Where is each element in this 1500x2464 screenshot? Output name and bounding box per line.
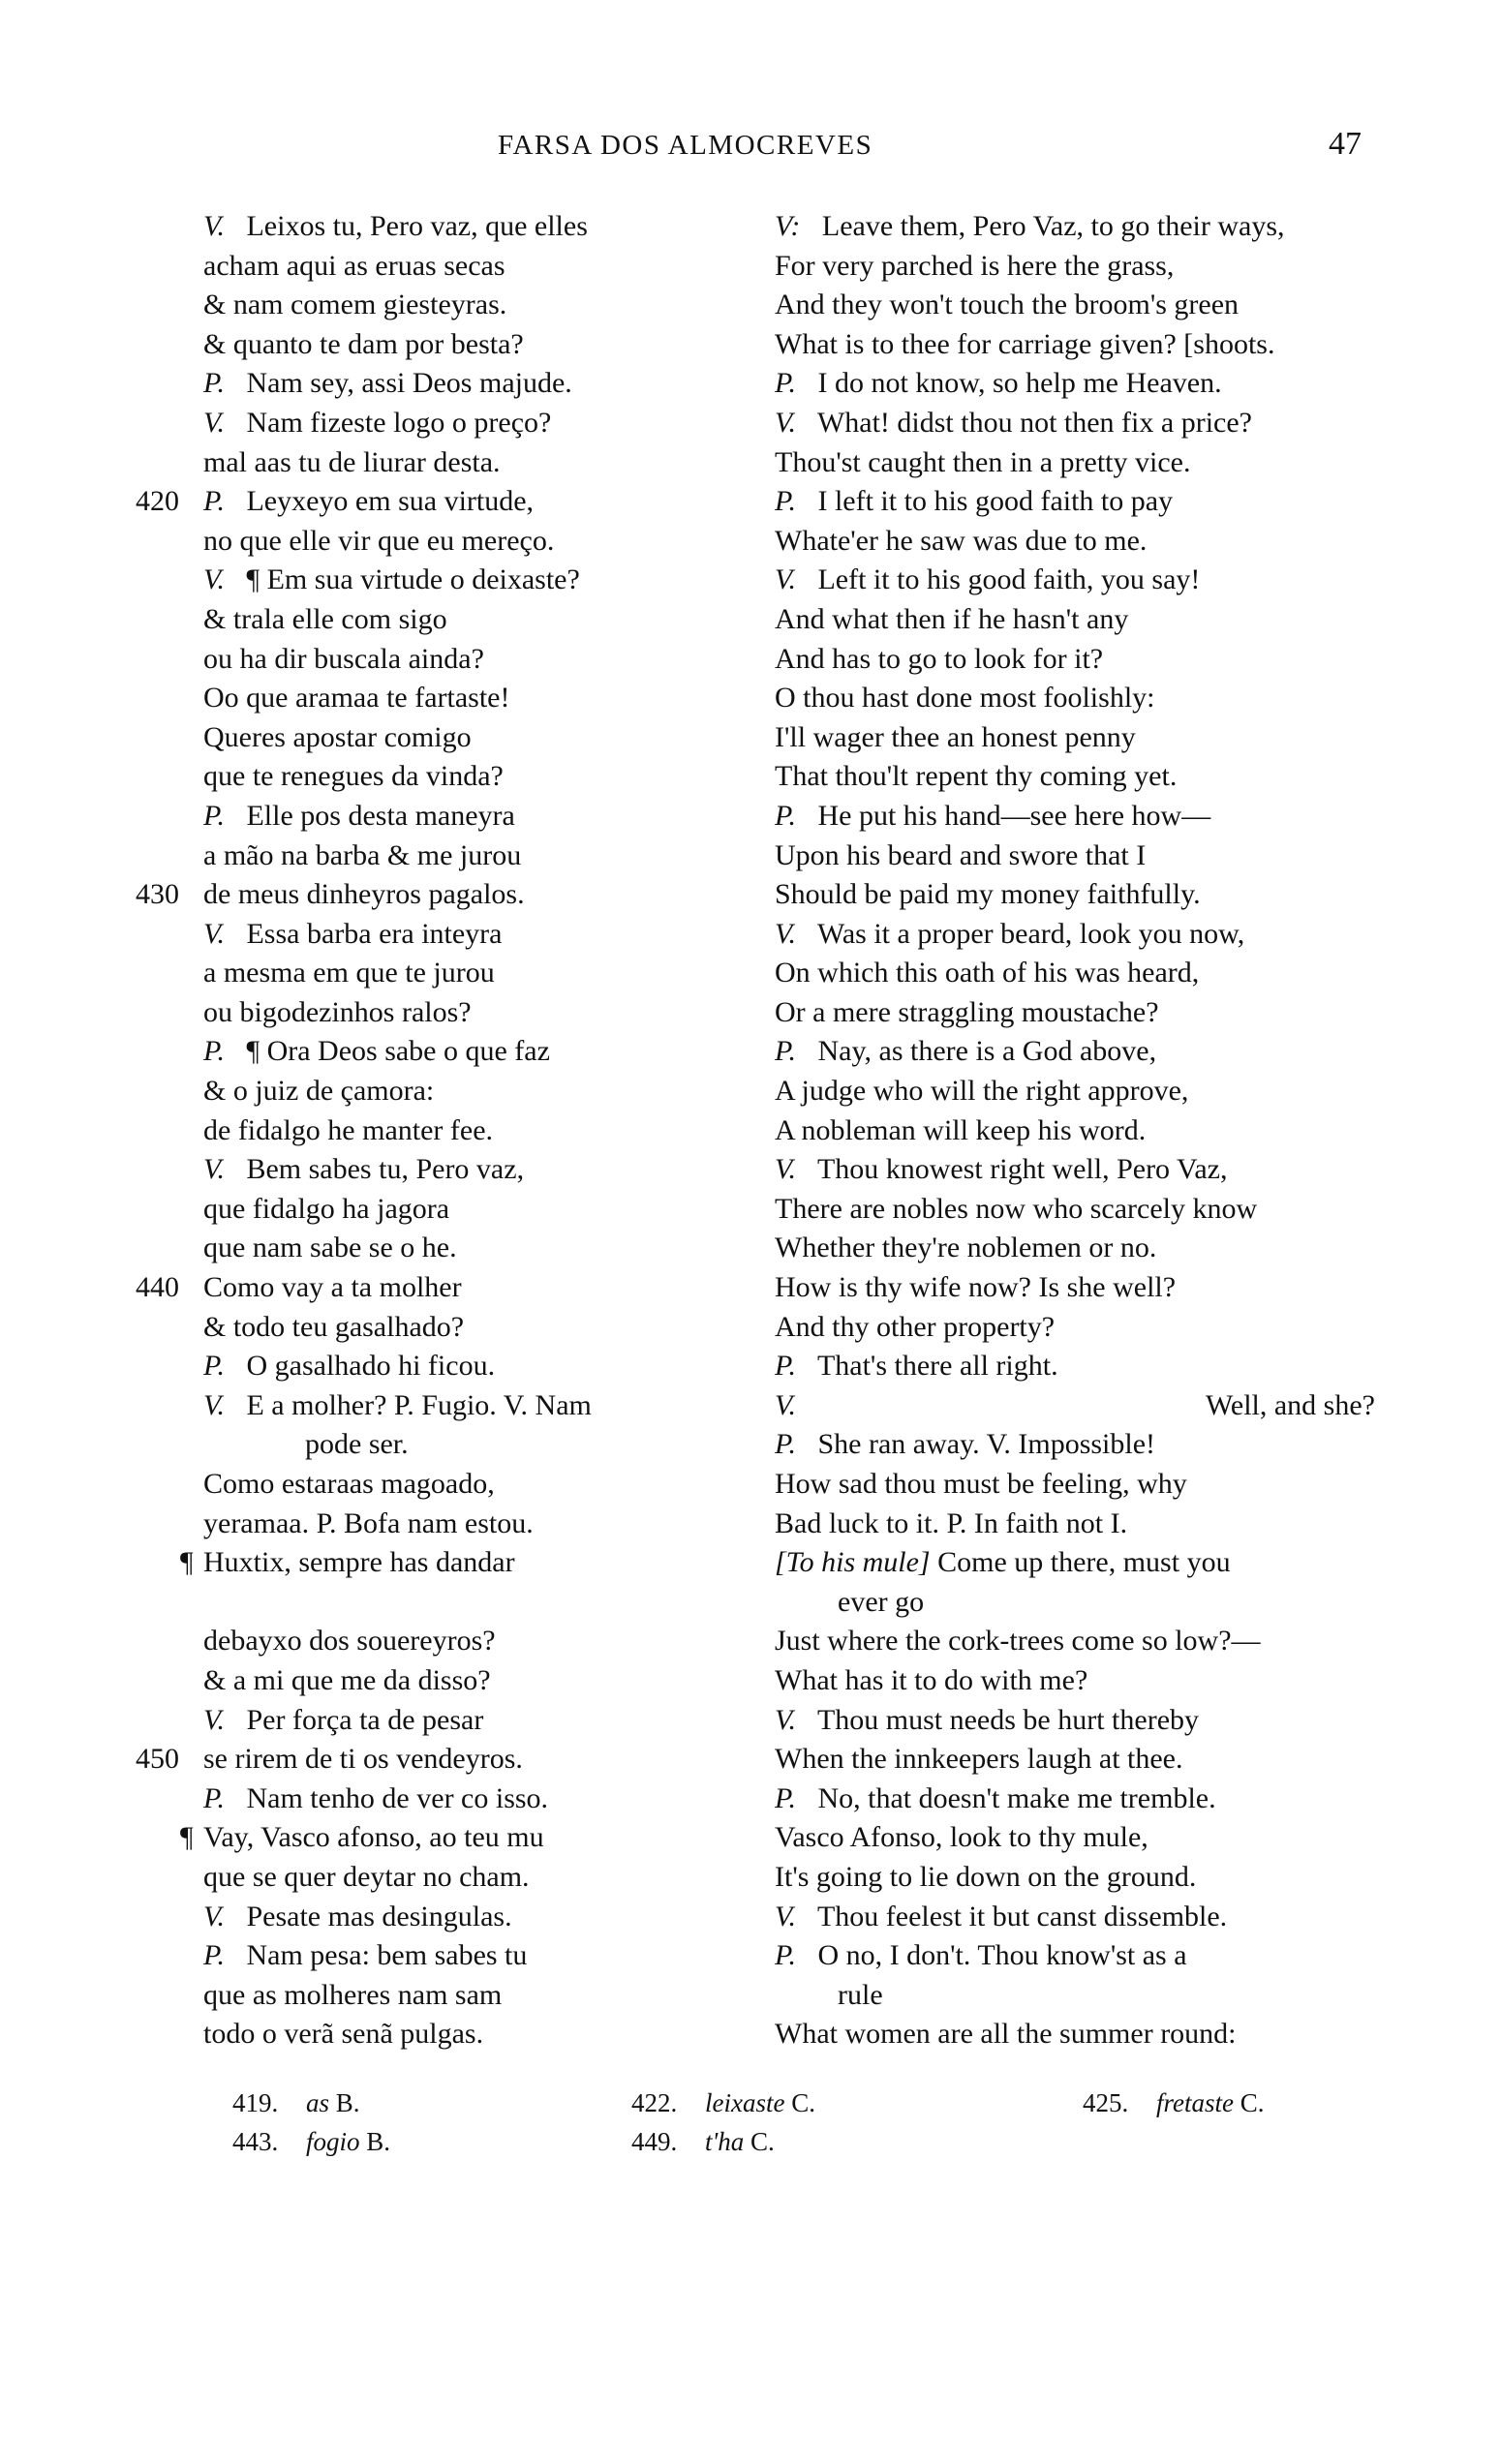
- verse-content: a mão na barba & me jurou: [203, 839, 521, 871]
- verse-line: 420P. Leyxeyo em sua virtude,: [136, 482, 755, 522]
- verse-line: P. O gasalhado hi ficou.: [136, 1347, 755, 1386]
- pilcrow-mark: ¶: [180, 1818, 194, 1858]
- verse-line: & a mi que me da disso?: [136, 1661, 755, 1701]
- verse-line: 450se rirem de ti os vendeyros.: [136, 1740, 755, 1780]
- verse-text: & a mi que me da disso?: [203, 1661, 491, 1701]
- translation-line: When the innkeepers laugh at thee.: [775, 1740, 1375, 1780]
- verse-text: Huxtix, sempre has dandar: [203, 1543, 515, 1583]
- verse-line: que te renegues da vinda?: [136, 757, 755, 797]
- speaker-label: V.: [203, 210, 225, 242]
- verse-line: P. Nam sey, assi Deos majude.: [136, 364, 755, 404]
- verse-content: acham aqui as eruas secas: [203, 250, 505, 282]
- verse-line: P. Elle pos desta maneyra: [136, 797, 755, 837]
- verse-line: a mão na barba & me jurou: [136, 837, 755, 876]
- verse-line: V. Leixos tu, Pero vaz, que elles: [136, 207, 755, 247]
- translation-text: V: Leave them, Pero Vaz, to go their way…: [775, 207, 1285, 247]
- translation-text: That thou'lt repent thy coming yet.: [775, 757, 1177, 797]
- verse-text: P. Leyxeyo em sua virtude,: [203, 482, 534, 522]
- translation-content: O thou hast done most foolishly:: [775, 682, 1155, 714]
- translation-content: A nobleman will keep his word.: [775, 1114, 1146, 1146]
- translation-content: What! didst thou not then fix a price?: [817, 407, 1252, 439]
- verse-text: & trala elle com sigo: [203, 600, 447, 640]
- translation-text: ever go: [838, 1583, 924, 1623]
- speaker-label: P.: [775, 1035, 796, 1067]
- translation-line: Upon his beard and swore that I: [775, 837, 1375, 876]
- verse-content: yeramaa. P. Bofa nam estou.: [203, 1507, 534, 1539]
- verse-content: pode ser.: [305, 1428, 409, 1460]
- verse-text: que fidalgo ha jagora: [203, 1190, 449, 1230]
- footnote-source: B.: [336, 2088, 360, 2117]
- speaker-label: V.: [775, 1704, 796, 1736]
- speaker-label: V.: [203, 563, 225, 595]
- verse-content: & trala elle com sigo: [203, 603, 447, 635]
- verse-line: Como estaraas magoado,: [136, 1465, 755, 1505]
- translation-content: Come up there, must you: [931, 1546, 1231, 1578]
- verse-content: Pesate mas desingulas.: [246, 1901, 511, 1932]
- verse-line: V. Per força ta de pesar: [136, 1701, 755, 1741]
- speaker-label: V.: [775, 1153, 796, 1185]
- footnote-row: 419.as B. 422.leixaste C. 425.fretaste C…: [232, 2084, 1394, 2122]
- translation-text: When the innkeepers laugh at thee.: [775, 1740, 1183, 1780]
- translation-text: A judge who will the right approve,: [775, 1072, 1188, 1111]
- speaker-label: P.: [203, 1782, 225, 1814]
- verse-text: de fidalgo he manter fee.: [203, 1111, 493, 1151]
- translation-content: When the innkeepers laugh at thee.: [775, 1743, 1183, 1775]
- verse-content: Oo que aramaa te fartaste!: [203, 682, 509, 714]
- footnote-source: C.: [791, 2088, 815, 2117]
- verse-line-number: 440: [136, 1268, 192, 1308]
- verse-content: que nam sabe se o he.: [203, 1232, 457, 1263]
- verse-text: Vay, Vasco afonso, ao teu mu: [203, 1818, 544, 1858]
- verse-line: debayxo dos souereyros?: [136, 1622, 755, 1661]
- translation-line: Just where the cork-trees come so low?—: [775, 1622, 1375, 1661]
- pilcrow-mark: ¶: [180, 1543, 194, 1583]
- verse-line: que nam sabe se o he.: [136, 1229, 755, 1268]
- translation-content: Thou'st caught then in a pretty vice.: [775, 446, 1190, 478]
- verse-text: P. Nam sey, assi Deos majude.: [203, 364, 572, 404]
- translation-line: What women are all the summer round:: [775, 2015, 1375, 2054]
- footnote-line-number: 422.: [631, 2084, 705, 2122]
- translation-line: P. I left it to his good faith to pay: [775, 482, 1375, 522]
- translation-text: V. Left it to his good faith, you say!: [775, 561, 1200, 600]
- translation-text: There are nobles now who scarcely know: [775, 1190, 1257, 1230]
- speaker-label: V.: [203, 1389, 225, 1421]
- verse-content: Essa barba era inteyra: [246, 918, 502, 950]
- translation-text: P. That's there all right.: [775, 1347, 1058, 1386]
- verse-line: acham aqui as eruas secas: [136, 247, 755, 287]
- verse-line: P. ¶ Ora Deos sabe o que faz: [136, 1032, 755, 1072]
- translation-content: That thou'lt repent thy coming yet.: [775, 760, 1177, 792]
- footnote-line-number: 419.: [232, 2084, 306, 2122]
- verse-content: & quanto te dam por besta?: [203, 328, 524, 360]
- verse-line: mal aas tu de liurar desta.: [136, 443, 755, 483]
- translation-content: He put his hand—see here how—: [817, 800, 1210, 832]
- verse-text: V. E a molher? P. Fugio. V. Nam: [203, 1386, 592, 1426]
- verse-line: que as molheres nam sam: [136, 1976, 755, 2016]
- translation-line: V. Was it a proper beard, look you now,: [775, 915, 1375, 955]
- verse-content: E a molher? P. Fugio. V. Nam: [246, 1389, 591, 1421]
- verse-text: todo o verã senã pulgas.: [203, 2015, 483, 2054]
- speaker-label: V.: [203, 1901, 225, 1932]
- translation-content: ever go: [838, 1586, 924, 1618]
- speaker-label: P.: [775, 800, 796, 832]
- verse-text: P. Nam tenho de ver co isso.: [203, 1780, 548, 1819]
- verse-line: de fidalgo he manter fee.: [136, 1111, 755, 1151]
- verse-text: que nam sabe se o he.: [203, 1229, 457, 1268]
- speaker-label: V.: [775, 1901, 796, 1932]
- footnote-variant: fogio: [306, 2127, 360, 2156]
- translation-line: Bad luck to it. P. In faith not I.: [775, 1505, 1375, 1544]
- speaker-label: V.: [203, 407, 225, 439]
- translation-content: I'll wager thee an honest penny: [775, 721, 1136, 753]
- translation-text: rule: [838, 1976, 883, 2016]
- speaker-label: V.: [775, 1389, 796, 1421]
- translation-content: On which this oath of his was heard,: [775, 957, 1199, 989]
- verse-text: de meus dinheyros pagalos.: [203, 875, 525, 915]
- translation-text: Upon his beard and swore that I: [775, 837, 1146, 876]
- footnote-variant: as: [306, 2088, 329, 2117]
- verse-text: Como estaraas magoado,: [203, 1465, 495, 1505]
- verse-line: P. Nam pesa: bem sabes tu: [136, 1936, 755, 1976]
- verse-line: V. Nam fizeste logo o preço?: [136, 404, 755, 443]
- footnote-line-number: 443.: [232, 2122, 306, 2161]
- speaker-label: P.: [203, 485, 225, 517]
- translation-content: rule: [838, 1979, 883, 2011]
- verse-text: V. Essa barba era inteyra: [203, 915, 503, 955]
- footnote: 443.fogio B.: [232, 2122, 390, 2161]
- verse-content: a mesma em que te jurou: [203, 957, 495, 989]
- speaker-label: P.: [203, 1035, 225, 1067]
- translation-text: How is thy wife now? Is she well?: [775, 1268, 1176, 1308]
- translation-content: Nay, as there is a God above,: [817, 1035, 1156, 1067]
- footnote-row: 443.fogio B. 449.t'ha C.: [232, 2122, 1394, 2161]
- footnote-variant: leixaste: [705, 2088, 784, 2117]
- verse-line: & quanto te dam por besta?: [136, 325, 755, 365]
- verse-text: V. ¶ Em sua virtude o deixaste?: [203, 561, 580, 600]
- verse-content: & todo teu gasalhado?: [203, 1311, 464, 1343]
- translation-text: What is to thee for carriage given? [sho…: [775, 325, 1274, 365]
- translation-line: That thou'lt repent thy coming yet.: [775, 757, 1375, 797]
- translation-content: I do not know, so help me Heaven.: [817, 367, 1221, 399]
- translation-text: Whether they're noblemen or no.: [775, 1229, 1156, 1268]
- translation-line: V. What! didst thou not then fix a price…: [775, 404, 1375, 443]
- verse-text: P. O gasalhado hi ficou.: [203, 1347, 495, 1386]
- translation-line: Thou'st caught then in a pretty vice.: [775, 443, 1375, 483]
- verse-text: a mão na barba & me jurou: [203, 837, 521, 876]
- translation-text: And they won't touch the broom's green: [775, 286, 1239, 325]
- verse-line: [136, 1583, 755, 1623]
- translation-line: How is thy wife now? Is she well?: [775, 1268, 1375, 1308]
- translation-line: P. She ran away. V. Impossible!: [775, 1425, 1375, 1465]
- verse-line: que fidalgo ha jagora: [136, 1190, 755, 1230]
- translation-text: How sad thou must be feeling, why: [775, 1465, 1187, 1505]
- translation-text: Bad luck to it. P. In faith not I.: [775, 1505, 1127, 1544]
- verse-content: & nam comem giesteyras.: [203, 289, 506, 320]
- translation-content: And thy other property?: [775, 1311, 1055, 1343]
- translation-line: V. Well, and she?: [775, 1386, 1375, 1426]
- verse-line: & o juiz de çamora:: [136, 1072, 755, 1111]
- verse-line: V. E a molher? P. Fugio. V. Nam: [136, 1386, 755, 1426]
- verse-line: 430de meus dinheyros pagalos.: [136, 875, 755, 915]
- verse-line: ¶Huxtix, sempre has dandar: [136, 1543, 755, 1583]
- verse-line: 440Como vay a ta molher: [136, 1268, 755, 1308]
- translation-line: How sad thou must be feeling, why: [775, 1465, 1375, 1505]
- translation-text: V. Was it a proper beard, look you now,: [775, 915, 1244, 955]
- translation-text: And what then if he hasn't any: [775, 600, 1128, 640]
- translation-content: Just where the cork-trees come so low?—: [775, 1625, 1261, 1657]
- translation-text: For very parched is here the grass,: [775, 247, 1174, 287]
- translation-content: Thou must needs be hurt thereby: [817, 1704, 1199, 1736]
- verse-content: & a mi que me da disso?: [203, 1664, 491, 1696]
- footnote: 419.as B.: [232, 2084, 360, 2122]
- translation-content: Thou feelest it but canst dissemble.: [817, 1901, 1227, 1932]
- translation-content: Or a mere straggling moustache?: [775, 996, 1159, 1028]
- verse-text: mal aas tu de liurar desta.: [203, 443, 501, 483]
- speaker-label: P.: [203, 800, 225, 832]
- translation-content: For very parched is here the grass,: [775, 250, 1174, 282]
- verse-line: P. Nam tenho de ver co isso.: [136, 1780, 755, 1819]
- verse-content: Nam tenho de ver co isso.: [246, 1782, 548, 1814]
- translation-content: What has it to do with me?: [775, 1664, 1087, 1696]
- translation-line: Whether they're noblemen or no.: [775, 1229, 1375, 1268]
- verse-content: que as molheres nam sam: [203, 1979, 502, 2011]
- verse-content: que fidalgo ha jagora: [203, 1193, 449, 1225]
- translation-text: V. What! didst thou not then fix a price…: [775, 404, 1252, 443]
- verse-line: todo o verã senã pulgas.: [136, 2015, 755, 2054]
- speaker-label: P.: [203, 1939, 225, 1971]
- footnote-line-number: 425.: [1083, 2084, 1156, 2122]
- translation-line: And thy other property?: [775, 1308, 1375, 1348]
- translation-line: And they won't touch the broom's green: [775, 286, 1375, 325]
- footnote-source: C.: [750, 2127, 775, 2156]
- translation-text: V. Thou must needs be hurt thereby: [775, 1701, 1199, 1741]
- speaker-label: V:: [775, 210, 800, 242]
- translation-text: P. Nay, as there is a God above,: [775, 1032, 1156, 1072]
- verse-text: yeramaa. P. Bofa nam estou.: [203, 1505, 534, 1544]
- verse-line: que se quer deytar no cham.: [136, 1858, 755, 1898]
- speaker-label: P.: [203, 1350, 225, 1382]
- translation-line: What is to thee for carriage given? [sho…: [775, 325, 1375, 365]
- translation-line: P. O no, I don't. Thou know'st as a: [775, 1936, 1375, 1976]
- translation-line: V. Thou must needs be hurt thereby: [775, 1701, 1375, 1741]
- translation-content: Was it a proper beard, look you now,: [817, 918, 1244, 950]
- translation-content: I left it to his good faith to pay: [817, 485, 1173, 517]
- translation-text: Just where the cork-trees come so low?—: [775, 1622, 1261, 1661]
- translation-text: Or a mere straggling moustache?: [775, 993, 1159, 1033]
- translation-text: Should be paid my money faithfully.: [775, 875, 1201, 915]
- verse-line: & trala elle com sigo: [136, 600, 755, 640]
- verse-text: que te renegues da vinda?: [203, 757, 504, 797]
- translation-content: Whether they're noblemen or no.: [775, 1232, 1156, 1263]
- verse-line: V. Pesate mas desingulas.: [136, 1898, 755, 1937]
- translation-content: How is thy wife now? Is she well?: [775, 1271, 1176, 1303]
- translation-content: That's there all right.: [817, 1350, 1058, 1382]
- footnote: 449.t'ha C.: [631, 2122, 775, 2161]
- translation-content: It's going to lie down on the ground.: [775, 1861, 1196, 1893]
- verse-content: Leyxeyo em sua virtude,: [246, 485, 534, 517]
- speaker-label: P.: [775, 367, 796, 399]
- translation-text: V. Thou feelest it but canst dissemble.: [775, 1898, 1227, 1937]
- translation-content: A judge who will the right approve,: [775, 1075, 1188, 1107]
- translation-content: Whate'er he saw was due to me.: [775, 525, 1147, 557]
- verse-text: Como vay a ta molher: [203, 1268, 462, 1308]
- translation-text: P. I do not know, so help me Heaven.: [775, 364, 1222, 404]
- verse-content: Nam fizeste logo o preço?: [246, 407, 551, 439]
- verse-content: mal aas tu de liurar desta.: [203, 446, 501, 478]
- translation-text: P. No, that doesn't make me tremble.: [775, 1780, 1216, 1819]
- verse-content: ou ha dir buscala ainda?: [203, 643, 484, 675]
- translation-line: P. No, that doesn't make me tremble.: [775, 1780, 1375, 1819]
- verse-line-number: 450: [136, 1740, 192, 1780]
- verse-text: pode ser.: [305, 1425, 409, 1465]
- speaker-label: P.: [775, 1782, 796, 1814]
- verse-text: se rirem de ti os vendeyros.: [203, 1740, 523, 1780]
- translation-text: I'll wager thee an honest penny: [775, 718, 1136, 758]
- book-page: FARSA DOS ALMOCREVES 47 V. Leixos tu, Pe…: [0, 0, 1500, 2464]
- verse-text: acham aqui as eruas secas: [203, 247, 505, 287]
- verse-line: V. Bem sabes tu, Pero vaz,: [136, 1150, 755, 1190]
- verse-content: ou bigodezinhos ralos?: [203, 996, 472, 1028]
- verse-content: que te renegues da vinda?: [203, 760, 504, 792]
- translation-content: No, that doesn't make me tremble.: [817, 1782, 1215, 1814]
- translation-line: A nobleman will keep his word.: [775, 1111, 1375, 1151]
- speaker-label: P.: [775, 1939, 796, 1971]
- verse-content: O gasalhado hi ficou.: [246, 1350, 495, 1382]
- translation-line: And what then if he hasn't any: [775, 600, 1375, 640]
- translation-content: There are nobles now who scarcely know: [775, 1193, 1257, 1225]
- translation-line: V: Leave them, Pero Vaz, to go their way…: [775, 207, 1375, 247]
- verse-text: V. Per força ta de pesar: [203, 1701, 483, 1741]
- verse-content: de fidalgo he manter fee.: [203, 1114, 493, 1146]
- translation-content: What women are all the summer round:: [775, 2018, 1237, 2050]
- verse-text: V. Leixos tu, Pero vaz, que elles: [203, 207, 588, 247]
- verse-text: V. Nam fizeste logo o preço?: [203, 404, 551, 443]
- translation-content: O no, I don't. Thou know'st as a: [817, 1939, 1186, 1971]
- translation-text: And has to go to look for it?: [775, 640, 1103, 680]
- verse-content: Elle pos desta maneyra: [246, 800, 514, 832]
- translation-line: What has it to do with me?: [775, 1661, 1375, 1701]
- verse-line: ¶Vay, Vasco afonso, ao teu mu: [136, 1818, 755, 1858]
- verse-text: P. ¶ Ora Deos sabe o que faz: [203, 1032, 550, 1072]
- verse-line: & todo teu gasalhado?: [136, 1308, 755, 1348]
- verse-text: Oo que aramaa te fartaste!: [203, 679, 509, 718]
- verse-line: no que elle vir que eu mereço.: [136, 522, 755, 562]
- translation-line: P. I do not know, so help me Heaven.: [775, 364, 1375, 404]
- speaker-label: V.: [203, 1704, 225, 1736]
- footnote-variant: fretaste: [1156, 2088, 1234, 2117]
- running-title: FARSA DOS ALMOCREVES: [498, 130, 872, 162]
- page-number: 47: [1329, 126, 1362, 163]
- translation-line: Whate'er he saw was due to me.: [775, 522, 1375, 562]
- verse-content: se rirem de ti os vendeyros.: [203, 1743, 523, 1775]
- translation-line: [To his mule] Come up there, must you: [775, 1543, 1375, 1583]
- translation-line: A judge who will the right approve,: [775, 1072, 1375, 1111]
- verse-text: debayxo dos souereyros?: [203, 1622, 496, 1661]
- translation-tail: Well, and she?: [1206, 1386, 1375, 1426]
- verse-content: no que elle vir que eu mereço.: [203, 525, 554, 557]
- verse-text: & todo teu gasalhado?: [203, 1308, 464, 1348]
- verse-text: V. Pesate mas desingulas.: [203, 1898, 512, 1937]
- translation-content: Should be paid my money faithfully.: [775, 878, 1201, 910]
- footnote: 422.leixaste C.: [631, 2084, 815, 2122]
- translation-line: Vasco Afonso, look to thy mule,: [775, 1818, 1375, 1858]
- speaker-label: P.: [775, 1428, 796, 1460]
- speaker-label: V.: [775, 407, 796, 439]
- translation-line: V. Left it to his good faith, you say!: [775, 561, 1375, 600]
- footnote-variant: t'ha: [705, 2127, 744, 2156]
- translation-line: It's going to lie down on the ground.: [775, 1858, 1375, 1898]
- verse-line: V. Essa barba era inteyra: [136, 915, 755, 955]
- verse-text: ou bigodezinhos ralos?: [203, 993, 472, 1033]
- translation-text: Thou'st caught then in a pretty vice.: [775, 443, 1190, 483]
- translation-text: V. Thou knowest right well, Pero Vaz,: [775, 1150, 1227, 1190]
- translation-text: What women are all the summer round:: [775, 2015, 1237, 2054]
- translation-text: Vasco Afonso, look to thy mule,: [775, 1818, 1148, 1858]
- footnote-line-number: 449.: [631, 2122, 705, 2161]
- verse-content: & o juiz de çamora:: [203, 1075, 434, 1107]
- translation-text: A nobleman will keep his word.: [775, 1111, 1146, 1151]
- translation-text: Whate'er he saw was due to me.: [775, 522, 1147, 562]
- verse-line: Queres apostar comigo: [136, 718, 755, 758]
- verse-content: Huxtix, sempre has dandar: [203, 1546, 515, 1578]
- translation-line: P. That's there all right.: [775, 1347, 1375, 1386]
- speaker-label: P.: [203, 367, 225, 399]
- verse-text: a mesma em que te jurou: [203, 954, 495, 993]
- speaker-label: V.: [775, 563, 796, 595]
- verse-text: no que elle vir que eu mereço.: [203, 522, 554, 562]
- english-translation-column: V: Leave them, Pero Vaz, to go their way…: [775, 207, 1375, 2054]
- verse-text: & quanto te dam por besta?: [203, 325, 524, 365]
- verse-line-number: 420: [136, 482, 192, 522]
- translation-content: Bad luck to it. P. In faith not I.: [775, 1507, 1127, 1539]
- translation-content: Leave them, Pero Vaz, to go their ways,: [822, 210, 1285, 242]
- verse-line: pode ser.: [136, 1425, 755, 1465]
- verse-content: Nam sey, assi Deos majude.: [246, 367, 571, 399]
- translation-text: And thy other property?: [775, 1308, 1055, 1348]
- verse-content: ¶ Ora Deos sabe o que faz: [246, 1035, 549, 1067]
- speaker-label: V.: [203, 918, 225, 950]
- translation-line: V. Thou feelest it but canst dissemble.: [775, 1898, 1375, 1937]
- verse-content: Como vay a ta molher: [203, 1271, 462, 1303]
- verse-content: que se quer deytar no cham.: [203, 1861, 530, 1893]
- speaker-label: V.: [203, 1153, 225, 1185]
- verse-line: & nam comem giesteyras.: [136, 286, 755, 325]
- translation-line: rule: [775, 1976, 1375, 2016]
- verse-text: ou ha dir buscala ainda?: [203, 640, 484, 680]
- translation-text: [To his mule] Come up there, must you: [775, 1543, 1231, 1583]
- translation-line: Should be paid my money faithfully.: [775, 875, 1375, 915]
- translation-content: And they won't touch the broom's green: [775, 289, 1239, 320]
- verse-content: debayxo dos souereyros?: [203, 1625, 496, 1657]
- verse-text: que as molheres nam sam: [203, 1976, 502, 2016]
- verse-content: Vay, Vasco afonso, ao teu mu: [203, 1821, 544, 1853]
- translation-line: O thou hast done most foolishly:: [775, 679, 1375, 718]
- translation-text: P. I left it to his good faith to pay: [775, 482, 1173, 522]
- translation-content: Vasco Afonso, look to thy mule,: [775, 1821, 1148, 1853]
- translation-text: O thou hast done most foolishly:: [775, 679, 1155, 718]
- translation-line: P. He put his hand—see here how—: [775, 797, 1375, 837]
- translation-content: Thou knowest right well, Pero Vaz,: [817, 1153, 1228, 1185]
- translation-text: It's going to lie down on the ground.: [775, 1858, 1196, 1898]
- verse-content: ¶ Em sua virtude o deixaste?: [246, 563, 579, 595]
- verse-content: Queres apostar comigo: [203, 721, 472, 753]
- translation-line: ever go: [775, 1583, 1375, 1623]
- verse-text: V. Bem sabes tu, Pero vaz,: [203, 1150, 524, 1190]
- translation-line: For very parched is here the grass,: [775, 247, 1375, 287]
- verse-line-number: 430: [136, 875, 192, 915]
- speaker-label: P.: [775, 1350, 796, 1382]
- footnote-source: C.: [1240, 2088, 1265, 2117]
